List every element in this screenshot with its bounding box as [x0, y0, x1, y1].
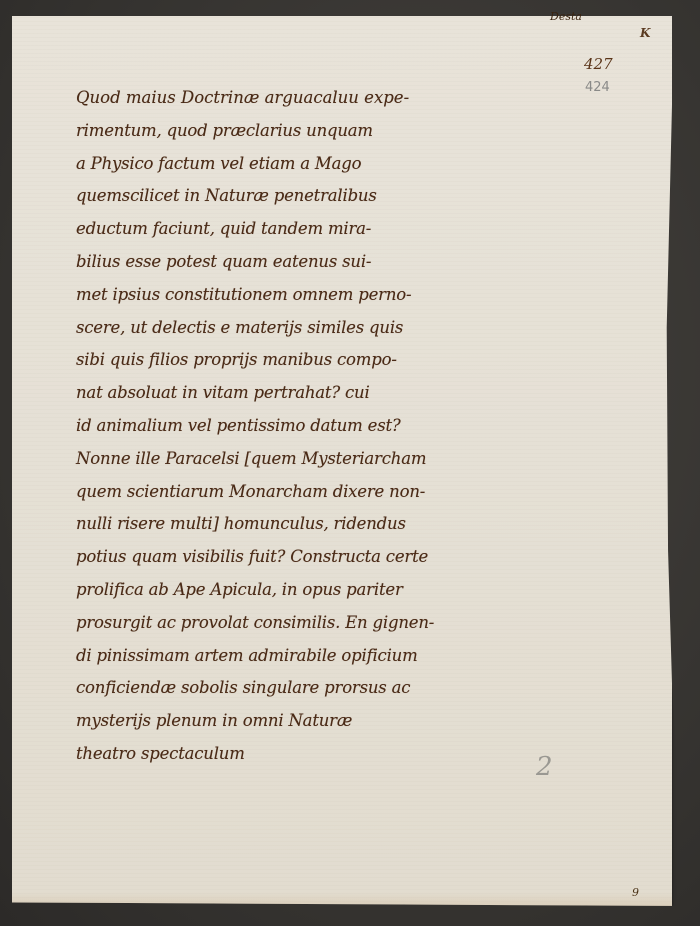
manuscript-line: Nonne ille Paracelsi [quem Mysteriarcham — [76, 443, 476, 476]
manuscript-line: prosurgit ac provolat consimilis. En gig… — [76, 607, 476, 640]
line-text: nat absoluat in vitam pertrahat? cui — [76, 383, 370, 402]
line-text: prolifica ab Ape Apicula, in opus parite… — [76, 580, 403, 599]
line-text: id animalium vel pentissimo datum est? — [76, 416, 401, 435]
page-number-pencil: 2 — [536, 752, 553, 782]
manuscript-line: bilius esse potest quam eatenus sui- — [76, 246, 476, 279]
line-text: bilius esse potest quam eatenus sui- — [76, 252, 371, 271]
line-text: eductum faciunt, quid tandem mira- — [76, 219, 371, 238]
manuscript-line: theatro spectaculum — [76, 738, 476, 771]
manuscript-line: Quod maius Doctrinæ arguacaluu expe- — [76, 82, 476, 115]
manuscript-line: conficiendæ sobolis singulare prorsus ac — [76, 672, 476, 705]
line-text: Quod maius Doctrinæ arguacaluu expe- — [76, 88, 409, 107]
line-text: theatro spectaculum — [76, 744, 245, 763]
manuscript-line: sibi quis filios proprijs manibus compo- — [76, 344, 476, 377]
page-number-corner: 9 — [632, 886, 639, 899]
manuscript-text: Quod maius Doctrinæ arguacaluu expe- rim… — [76, 82, 476, 771]
manuscript-line: a Physico factum vel etiam a Mago — [76, 148, 476, 181]
line-text: quem scientiarum Monarcham dixere non- — [76, 482, 425, 501]
line-text: rimentum, quod præclarius unquam — [76, 121, 373, 140]
folio-number-pencil: 424 — [585, 80, 610, 95]
manuscript-line: quemscilicet in Naturæ penetralibus — [76, 180, 476, 213]
manuscript-line: di pinissimam artem admirabile opificium — [76, 640, 476, 673]
corner-mark: K — [640, 26, 650, 40]
line-text: conficiendæ sobolis singulare prorsus ac — [76, 678, 410, 697]
line-text: a Physico factum vel etiam a Mago — [76, 154, 361, 173]
manuscript-line: met ipsius constitutionem omnem perno- — [76, 279, 476, 312]
manuscript-line: scere, ut delectis e materijs similes qu… — [76, 312, 476, 345]
line-text: potius quam visibilis fuit? Constructa c… — [76, 547, 428, 566]
manuscript-line: mysterijs plenum in omni Naturæ — [76, 705, 476, 738]
folio-number-ink: 427 — [584, 55, 613, 73]
manuscript-line: prolifica ab Ape Apicula, in opus parite… — [76, 574, 476, 607]
line-text: mysterijs plenum in omni Naturæ — [76, 711, 352, 730]
manuscript-line: nat absoluat in vitam pertrahat? cui — [76, 377, 476, 410]
manuscript-line: eductum faciunt, quid tandem mira- — [76, 213, 476, 246]
manuscript-line: quem scientiarum Monarcham dixere non- — [76, 476, 476, 509]
archive-label: Desta — [550, 10, 582, 23]
line-text: Nonne ille Paracelsi [quem Mysteriarcham — [76, 449, 426, 468]
line-text: prosurgit ac provolat consimilis. En gig… — [76, 613, 434, 632]
manuscript-page: Quod maius Doctrinæ arguacaluu expe- rim… — [12, 16, 672, 906]
line-text: nulli risere multi] homunculus, ridendus — [76, 514, 406, 533]
line-text: sibi quis filios proprijs manibus compo- — [76, 350, 397, 369]
line-text: met ipsius constitutionem omnem perno- — [76, 285, 411, 304]
manuscript-line: rimentum, quod præclarius unquam — [76, 115, 476, 148]
line-text: quemscilicet in Naturæ penetralibus — [76, 186, 377, 205]
manuscript-line: nulli risere multi] homunculus, ridendus — [76, 508, 476, 541]
manuscript-line: id animalium vel pentissimo datum est? — [76, 410, 476, 443]
line-text: di pinissimam artem admirabile opificium — [76, 646, 418, 665]
manuscript-line: potius quam visibilis fuit? Constructa c… — [76, 541, 476, 574]
line-text: scere, ut delectis e materijs similes qu… — [76, 318, 403, 337]
